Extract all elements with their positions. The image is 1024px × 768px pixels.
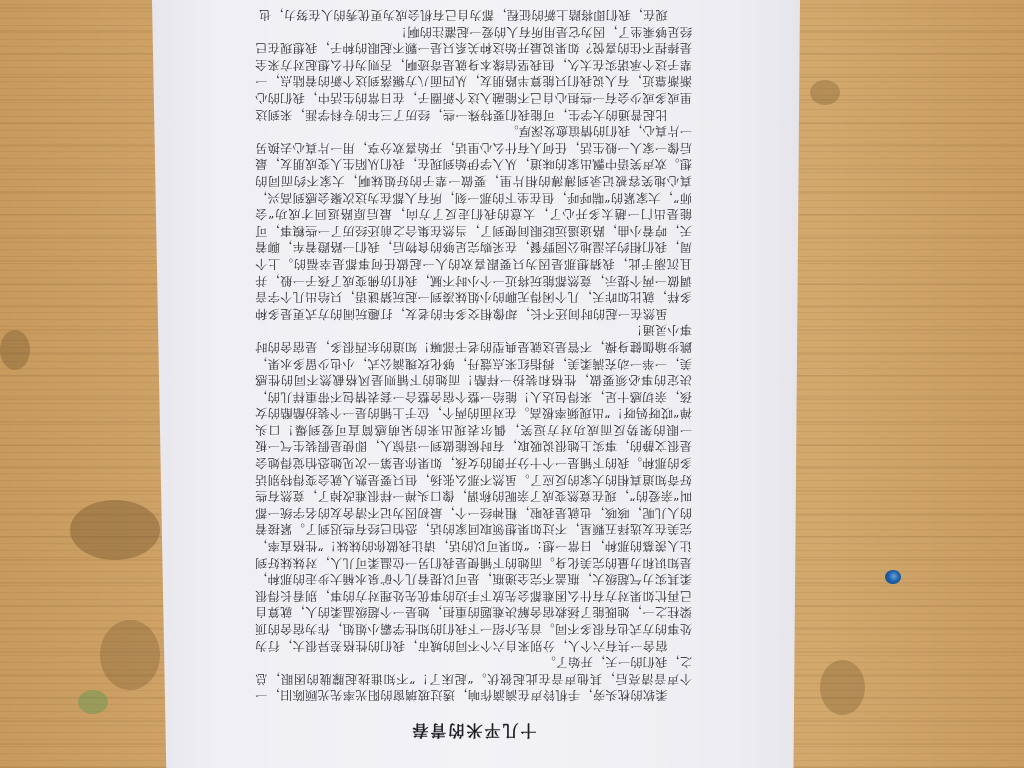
paragraph: 比起普通的大学生，可能我们要特殊一些，经历了三年的专科学涯，来到这里或多或少会有…	[255, 23, 692, 123]
essay-body: 十几平米的青春 柔软的枕头旁，手机铃声在滴滴作响，透过玻璃窗的阳光率先光顾陈旧，…	[255, 6, 692, 738]
table-stain	[100, 620, 160, 690]
essay-title: 十几平米的青春	[255, 721, 692, 738]
paragraph: 宿舍一共有六个人，分别来自六个不同的城市，我们的性格差异很大，行为处事的方式也有…	[255, 322, 692, 654]
table-stain	[70, 500, 160, 560]
paragraph: 虽然在一起的时间还不长，却像相交多年的老友，打趣玩闹的方式更是多种多样，就比如昨…	[255, 123, 692, 322]
paragraph: 现在，我们即将踏上新的征程，都为自己有机会成为更优秀的人在努力，也	[255, 6, 692, 23]
paper-sheet: 十几平米的青春 柔软的枕头旁，手机铃声在滴滴作响，透过玻璃窗的阳光率先光顾陈旧，…	[152, 0, 800, 768]
table-stain	[820, 660, 865, 715]
table-stain	[810, 80, 840, 105]
blue-ink-spot	[885, 570, 901, 584]
table-stain	[0, 330, 30, 370]
rotated-content: 十几平米的青春 柔软的枕头旁，手机铃声在滴滴作响，透过玻璃窗的阳光率先光顾陈旧，…	[152, 0, 800, 768]
table-stain	[78, 690, 108, 714]
paragraph: 柔软的枕头旁，手机铃声在滴滴作响，透过玻璃窗的阳光率先光顾陈旧，一个声音清亮后，…	[255, 654, 692, 704]
